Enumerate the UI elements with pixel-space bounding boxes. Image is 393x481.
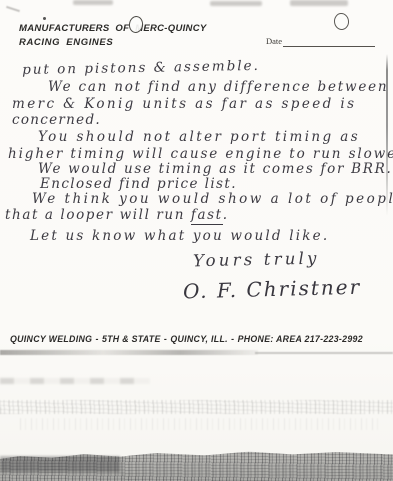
date-label: Date (266, 36, 282, 46)
scan-smudge (255, 352, 393, 354)
footer-phone: PHONE: AREA 217-223-2992 (238, 334, 363, 344)
date-blank-line (283, 46, 375, 47)
letterhead-line1: MANUFACTURERS OF MERC-QUINCY (19, 23, 207, 34)
footer-separator: - (95, 334, 98, 344)
handwritten-line: concerned. (12, 112, 101, 128)
scan-smudge (290, 0, 348, 6)
scan-noise-band (0, 400, 393, 414)
scan-noise-band (0, 378, 150, 384)
handwritten-underlined-word: fast (191, 207, 223, 225)
letterhead-footer: QUINCY WELDING - 5TH & STATE - QUINCY, I… (10, 334, 363, 344)
footer-separator: - (231, 334, 234, 344)
handwritten-line: merc & Konig units as far as speed is (12, 96, 356, 112)
handwritten-line: We think you would show a lot of people (32, 191, 393, 207)
footer-separator: - (164, 334, 167, 344)
footer-city: QUINCY, ILL. (170, 334, 228, 344)
scan-speck (6, 6, 20, 12)
handwritten-line: We can not find any difference between (48, 79, 388, 95)
handwritten-line: Let us know what you would like. (30, 228, 329, 244)
footer-company: QUINCY WELDING (10, 334, 92, 344)
letter-closing: Yours truly (193, 249, 320, 271)
handwritten-text: that a looper will run (5, 207, 191, 223)
scan-noise-band (0, 456, 120, 472)
scan-smudge (210, 1, 262, 6)
scan-noise-band (20, 418, 380, 430)
handwritten-line: that a looper will run fast. (5, 207, 229, 223)
scan-speck (43, 17, 46, 20)
handwritten-text: . (223, 207, 229, 223)
handwritten-line: We would use timing as it comes for BRR. (38, 161, 393, 177)
signature: O. F. Christner (183, 275, 362, 304)
scan-smudge (0, 350, 258, 355)
scan-noise-band (0, 451, 393, 481)
handwritten-line: Enclosed find price list. (40, 176, 237, 192)
handwritten-line: higher timing will cause engine to run s… (8, 146, 393, 162)
hole-punch-icon (333, 12, 350, 30)
scan-smudge (73, 0, 113, 5)
letterhead-line2: RACING ENGINES (19, 37, 113, 48)
scanned-letter-page: MANUFACTURERS OF MERC-QUINCY RACING ENGI… (0, 0, 393, 481)
handwritten-line: put on pistons & assemble. (22, 58, 260, 78)
footer-address: 5TH & STATE (102, 334, 161, 344)
handwritten-line: You should not alter port timing as (38, 129, 360, 145)
